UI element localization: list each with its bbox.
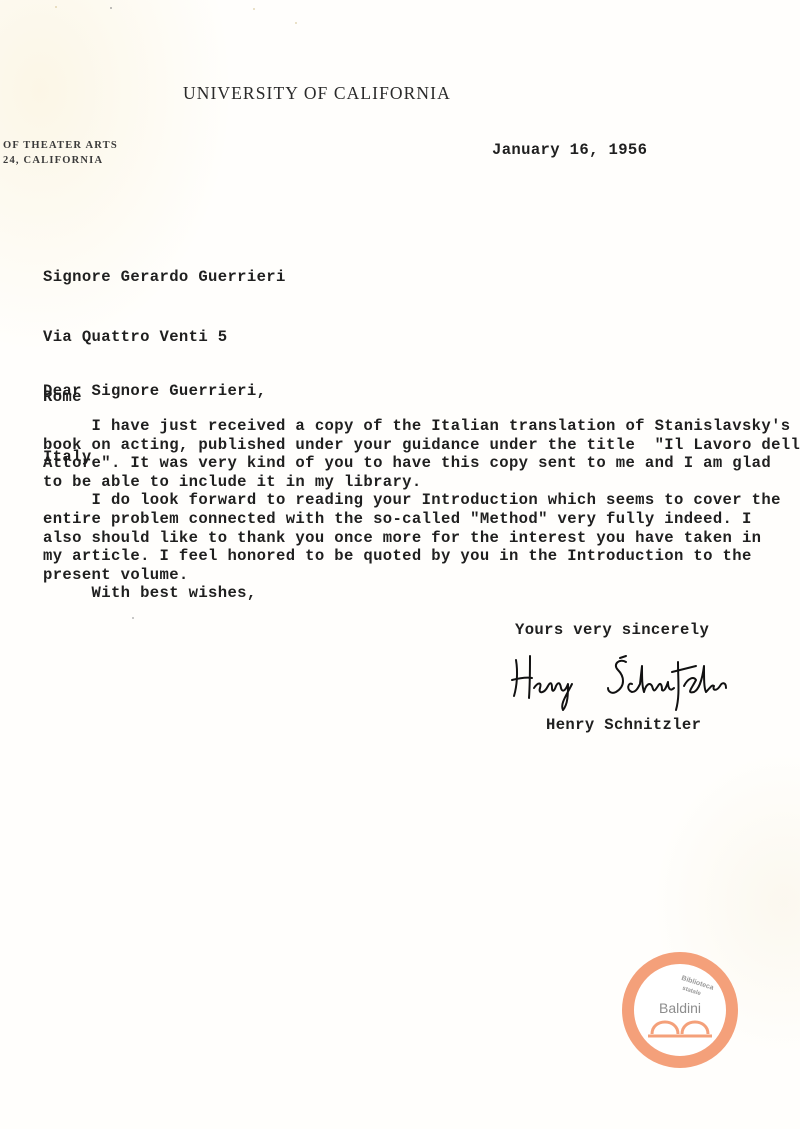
letter-page: UNIVERSITY OF CALIFORNIA OF THEATER ARTS… bbox=[0, 0, 800, 1129]
paper-speck bbox=[295, 22, 297, 24]
department-city-line: 24, CALIFORNIA bbox=[3, 153, 118, 168]
closing: Yours very sincerely bbox=[515, 621, 709, 639]
paper-speck bbox=[55, 6, 57, 8]
handwritten-signature: Henry Schnitzler bbox=[508, 652, 748, 712]
body-line: also should like to thank you once more … bbox=[43, 529, 800, 548]
body-line: I have just received a copy of the Itali… bbox=[43, 417, 800, 436]
paper-speck bbox=[253, 8, 255, 10]
paper-speck bbox=[132, 617, 134, 619]
letter-body: I have just received a copy of the Itali… bbox=[43, 417, 800, 603]
salutation: Dear Signore Guerrieri, bbox=[43, 382, 266, 400]
recipient-street: Via Quattro Venti 5 bbox=[43, 327, 286, 347]
body-line: present volume. bbox=[43, 566, 800, 585]
typed-signatory-name: Henry Schnitzler bbox=[546, 716, 701, 734]
body-line: entire problem connected with the so-cal… bbox=[43, 510, 800, 529]
letterhead-institution: UNIVERSITY OF CALIFORNIA bbox=[183, 83, 451, 104]
department-line: OF THEATER ARTS bbox=[3, 138, 118, 153]
stamp-name: Baldini bbox=[659, 1000, 701, 1016]
paper-speck bbox=[110, 7, 112, 9]
letter-date: January 16, 1956 bbox=[492, 141, 647, 159]
body-line: my article. I feel honored to be quoted … bbox=[43, 547, 800, 566]
body-line: Attore". It was very kind of you to have… bbox=[43, 454, 800, 473]
body-line: to be able to include it in my library. bbox=[43, 473, 800, 492]
recipient-name: Signore Gerardo Guerrieri bbox=[43, 267, 286, 287]
body-line: I do look forward to reading your Introd… bbox=[43, 491, 800, 510]
library-stamp: Biblioteca statale Baldini bbox=[620, 950, 740, 1070]
body-line: book on acting, published under your gui… bbox=[43, 436, 800, 455]
letterhead-department: OF THEATER ARTS 24, CALIFORNIA bbox=[3, 138, 118, 168]
body-line: With best wishes, bbox=[43, 584, 800, 603]
